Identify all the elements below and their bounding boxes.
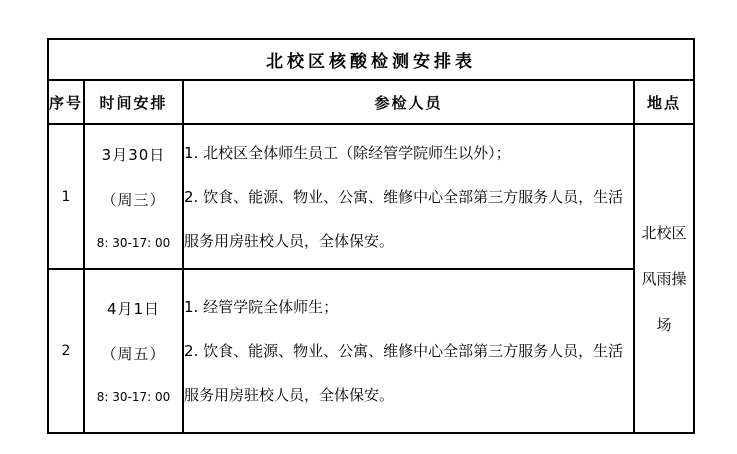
table-title: 北校区核酸检测安排表 [48, 39, 694, 80]
serial-number-cell: 2 [48, 269, 84, 433]
table-row: 2 4月1日 （周五） 8: 30-17: 00 1. 经管学院全体师生； 2.… [48, 269, 694, 433]
column-header-people: 参检人员 [183, 80, 634, 124]
time-weekday: （周三） [85, 189, 182, 210]
time-cell: 3月30日 （周三） 8: 30-17: 00 [84, 124, 183, 269]
time-cell: 4月1日 （周五） 8: 30-17: 00 [84, 269, 183, 433]
time-date: 3月30日 [85, 144, 182, 165]
column-header-no: 序号 [48, 80, 84, 124]
people-cell: 1. 北校区全体师生员工（除经管学院师生以外）； 2. 饮食、能源、物业、公寓、… [183, 124, 634, 269]
page: 北校区核酸检测安排表 序号 时间安排 参检人员 地点 1 3月30日 （周三） … [0, 0, 737, 454]
time-date: 4月1日 [85, 298, 182, 319]
column-header-time: 时间安排 [84, 80, 183, 124]
header-row: 序号 时间安排 参检人员 地点 [48, 80, 694, 124]
table-row: 1 3月30日 （周三） 8: 30-17: 00 1. 北校区全体师生员工（除… [48, 124, 694, 269]
people-cell: 1. 经管学院全体师生； 2. 饮食、能源、物业、公寓、维修中心全部第三方服务人… [183, 269, 634, 433]
time-weekday: （周五） [85, 343, 182, 364]
title-row: 北校区核酸检测安排表 [48, 39, 694, 80]
time-hours: 8: 30-17: 00 [85, 236, 182, 250]
time-hours: 8: 30-17: 00 [85, 390, 182, 404]
serial-number-cell: 1 [48, 124, 84, 269]
column-header-location: 地点 [634, 80, 694, 124]
schedule-table: 北校区核酸检测安排表 序号 时间安排 参检人员 地点 1 3月30日 （周三） … [47, 38, 695, 434]
location-cell: 北校区风雨操场 [634, 124, 694, 433]
